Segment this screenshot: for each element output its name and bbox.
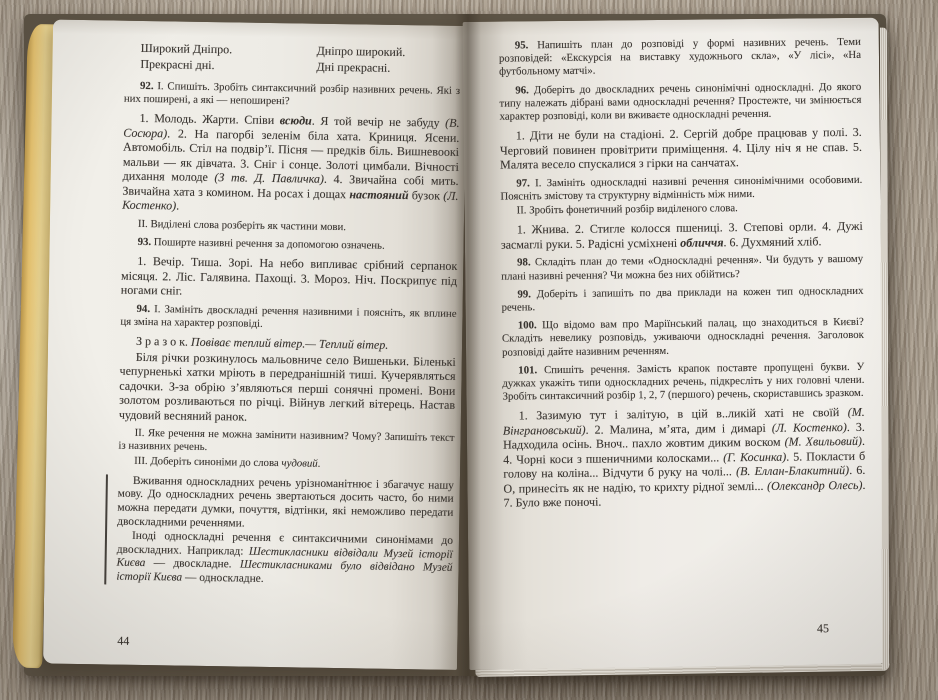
left-page: Широкий Дніпро. Дніпро широкий. Прекрасн… [43, 20, 467, 670]
exercise-100-instruction: 100. Що відомо вам про Маріїнський палац… [502, 316, 864, 359]
theory-note-paragraph: Іноді односкладні речення є синтаксичним… [116, 530, 453, 590]
example-pairs-table: Широкий Дніпро. Дніпро широкий. Прекрасн… [124, 41, 460, 77]
exercise-96-instruction: 96. Доберіть до двоскладних речень синон… [499, 80, 861, 123]
right-page-text-column: 95. Напишіть план до розповіді у формі н… [499, 36, 866, 516]
exercise-94-part2: ІІ. Яке речення не можна замінити називн… [118, 427, 454, 459]
exercise-93-instruction: 93. Поширте називні речення за допомогою… [122, 236, 458, 254]
exercise-96-items: 1. Діти не були на стадіоні. 2. Сергій д… [500, 125, 862, 172]
theory-note-paragraph: Вживання односкладних речень урізноманіт… [117, 474, 454, 534]
photo-scene: Широкий Дніпро. Дніпро широкий. Прекрасн… [0, 0, 938, 700]
pair-cell: Прекрасні дні. [140, 56, 316, 74]
theory-note-block: Вживання односкладних речень урізноманіт… [104, 474, 454, 589]
left-page-text-column: Широкий Дніпро. Дніпро широкий. Прекрасн… [116, 41, 461, 591]
exercise-92-part2: ІІ. Виділені слова розберіть як частини … [122, 218, 458, 236]
exercise-98-instruction: 98. Складіть план до теми «Односкладні р… [501, 253, 863, 283]
exercise-101-instruction: 101. Спишіть речення. Замість крапок пос… [502, 361, 864, 404]
exercise-94-text: Біля річки розкинулось мальовниче село В… [119, 349, 456, 427]
exercise-97-part2: ІІ. Зробіть фонетичний розбір виділеного… [501, 201, 863, 218]
page-number-left: 44 [117, 634, 129, 649]
page-number-right: 45 [817, 621, 829, 636]
exercise-97-instruction: 97. І. Замініть односкладні називні рече… [500, 174, 862, 204]
exercise-94-instruction: 94. І. Замініть двоскладні речення назив… [120, 302, 456, 334]
pair-cell: Дні прекрасні. [316, 59, 460, 77]
right-page: 95. Напишіть план до розповіді у формі н… [463, 18, 886, 670]
exercise-93-items: 1. Вечір. Тиша. Зорі. На небо випливає с… [121, 254, 458, 303]
exercise-97-items: 1. Жнива. 2. Стигле колосся пшениці. 3. … [501, 219, 863, 252]
exercise-95-instruction: 95. Напишіть план до розповіді у формі н… [499, 36, 861, 79]
exercise-101-items: 1. Зазимую тут і залітую, в цій в..ликій… [503, 405, 866, 510]
exercise-99-instruction: 99. Доберіть і запишіть по два приклади … [501, 285, 863, 315]
exercise-92-items: 1. Молодь. Жарти. Співи всюди. Я той веч… [122, 111, 460, 218]
exercise-92-instruction: 92. І. Спишіть. Зробіть синтаксичний роз… [124, 80, 460, 112]
